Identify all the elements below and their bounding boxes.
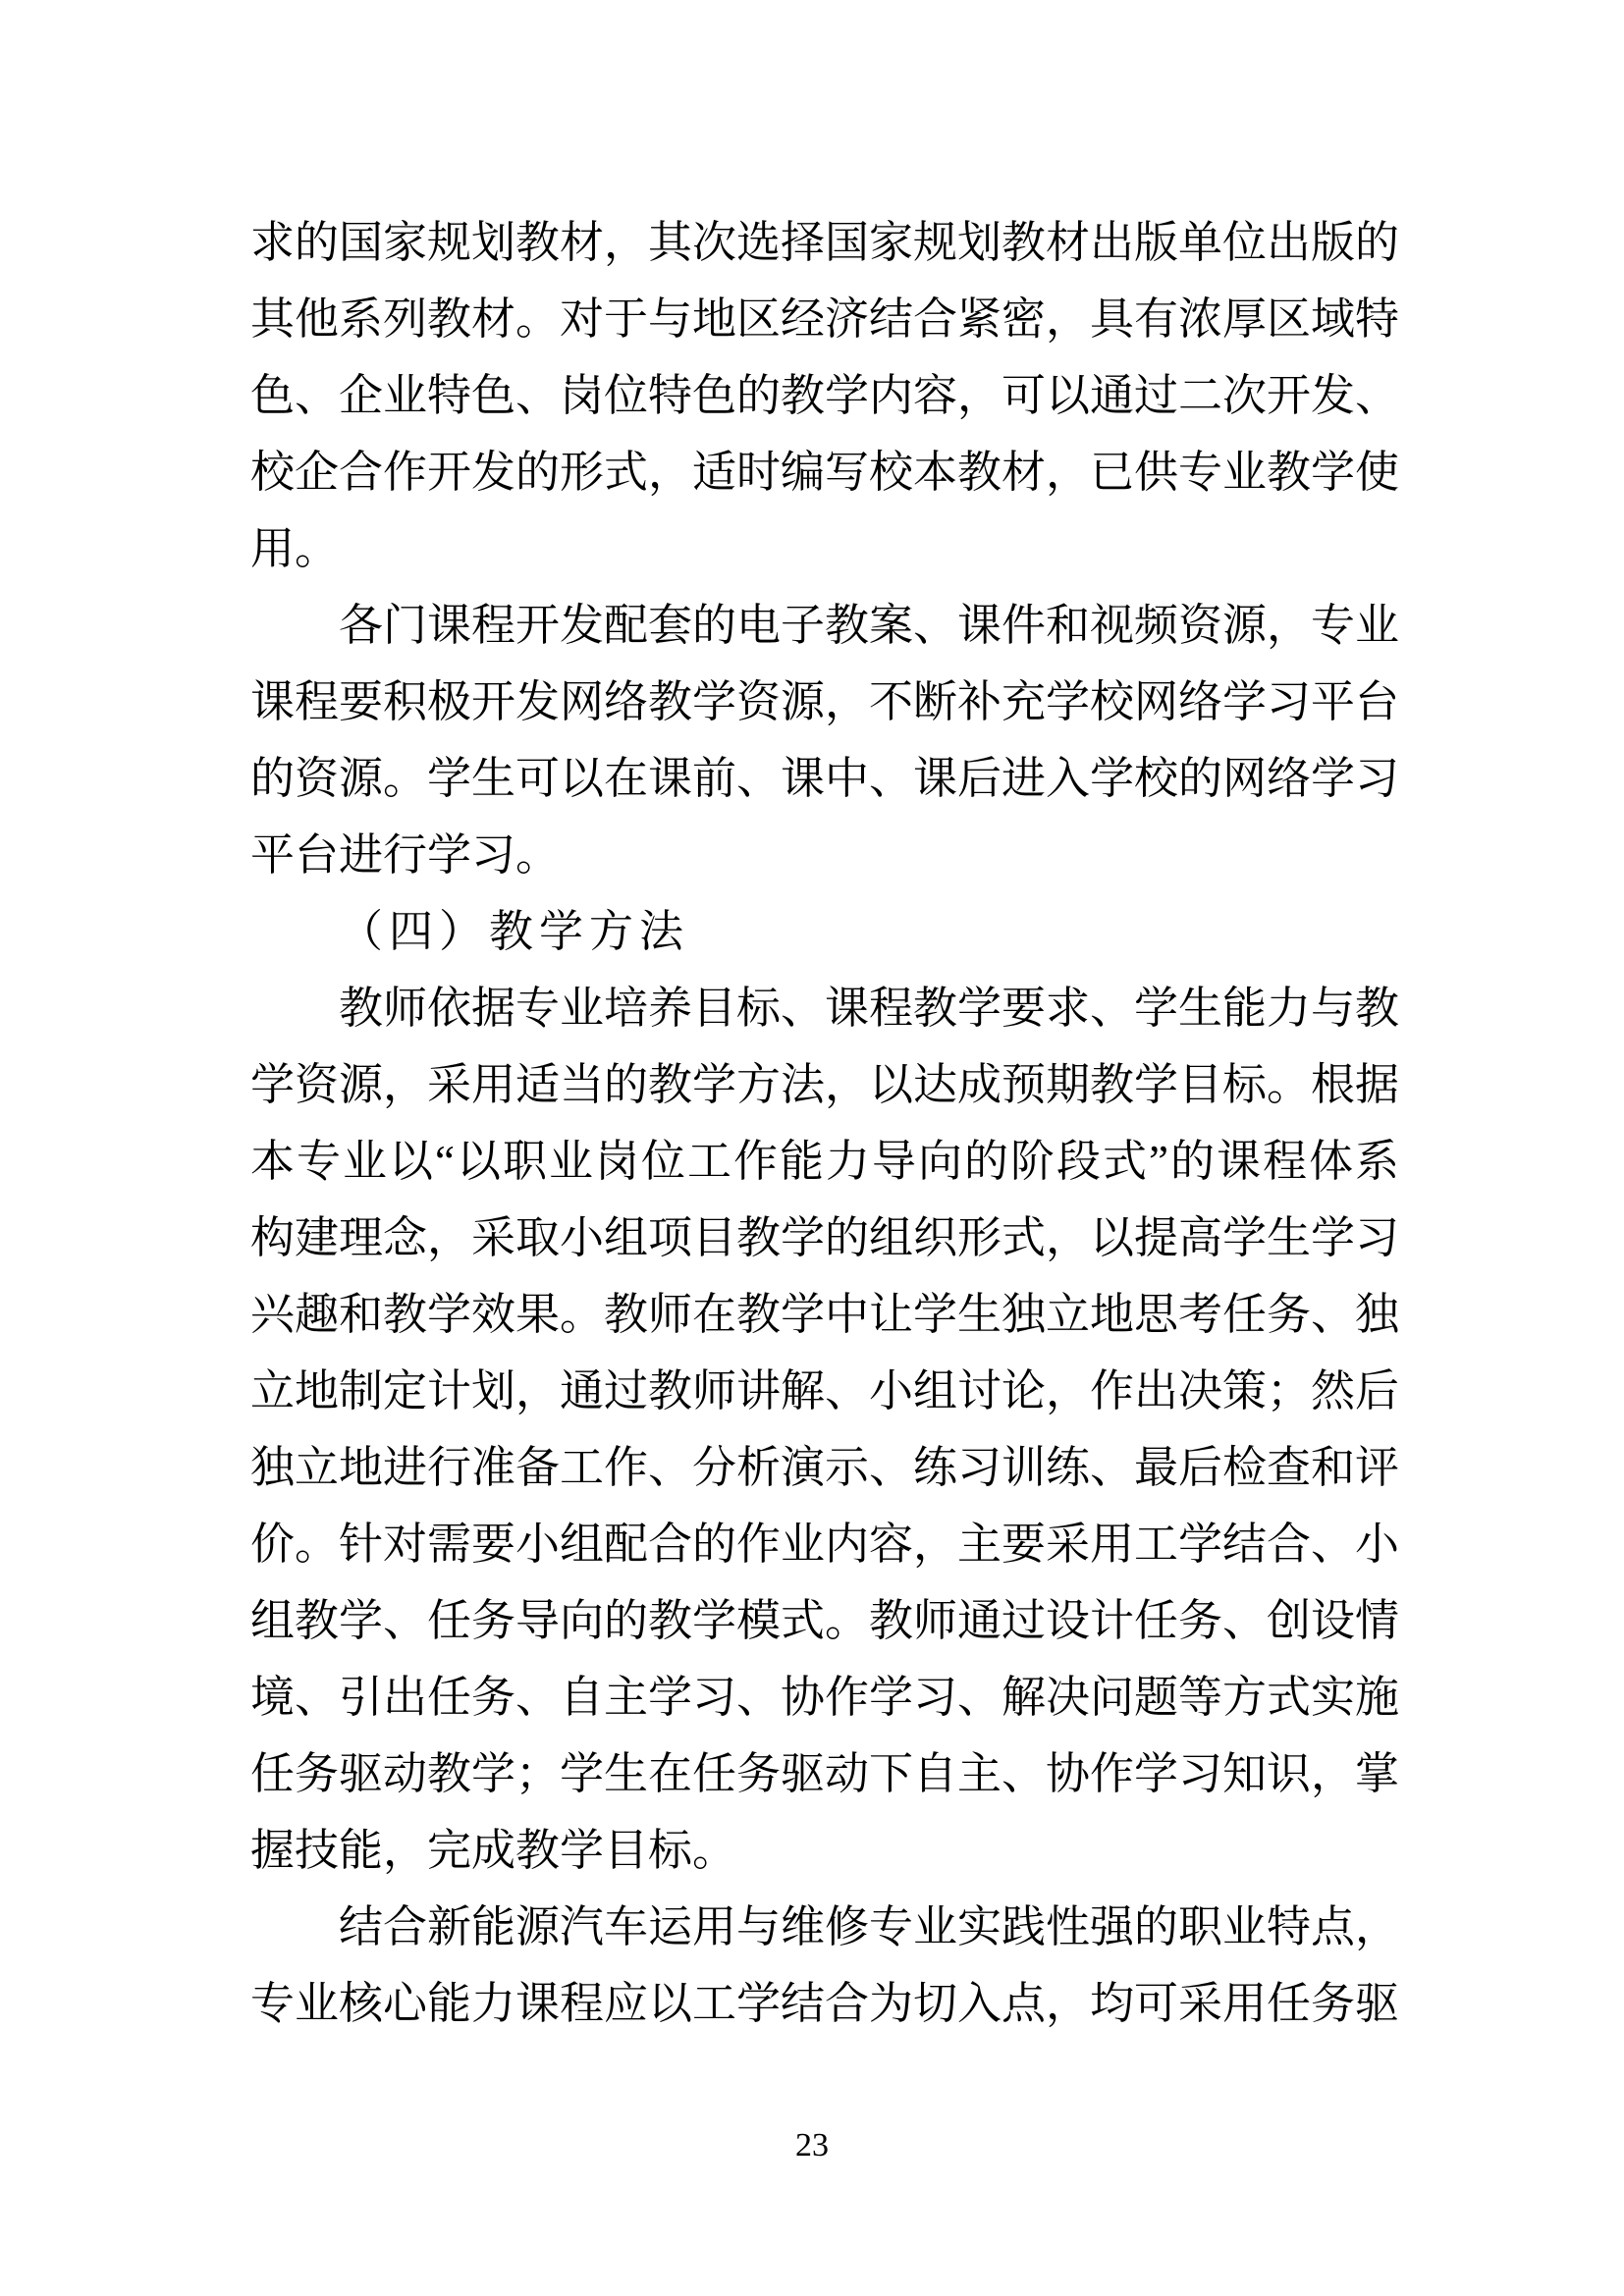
text-line: 学资源，采用适当的教学方法，以达成预期教学目标。根据 (250, 1046, 1399, 1123)
text-line: 课程要积极开发网络教学资源，不断补充学校网络学习平台 (250, 664, 1399, 740)
page-number: 23 (0, 2118, 1624, 2173)
text-line: 兴趣和教学效果。教师在教学中让学生独立地思考任务、独 (250, 1276, 1399, 1353)
text-line: 境、引出任务、自主学习、协作学习、解决问题等方式实施 (250, 1659, 1399, 1735)
text-line: 的资源。学生可以在课前、课中、课后进入学校的网络学习 (250, 740, 1399, 817)
text-line: 构建理念，采取小组项目教学的组织形式，以提高学生学习 (250, 1200, 1399, 1276)
text-line: 教师依据专业培养目标、课程教学要求、学生能力与教 (250, 970, 1399, 1046)
text-line: 任务驱动教学；学生在任务驱动下自主、协作学习知识，掌 (250, 1735, 1399, 1812)
text-line: 立地制定计划，通过教师讲解、小组讨论，作出决策；然后 (250, 1353, 1399, 1429)
text-line: 平台进行学习。 (250, 817, 1399, 893)
text-line: 校企合作开发的形式，适时编写校本教材，已供专业教学使 (250, 434, 1399, 510)
text-line: 组教学、任务导向的教学模式。教师通过设计任务、创设情 (250, 1582, 1399, 1659)
text-line: 价。针对需要小组配合的作业内容，主要采用工学结合、小 (250, 1506, 1399, 1582)
document-page: 求的国家规划教材，其次选择国家规划教材出版单位出版的其他系列教材。对于与地区经济… (0, 0, 1624, 2296)
text-line: 独立地进行准备工作、分析演示、练习训练、最后检查和评 (250, 1429, 1399, 1506)
text-line: 求的国家规划教材，其次选择国家规划教材出版单位出版的 (250, 204, 1399, 281)
text-line: 本专业以“以职业岗位工作能力导向的阶段式”的课程体系 (250, 1123, 1399, 1200)
text-line: 色、企业特色、岗位特色的教学内容，可以通过二次开发、 (250, 357, 1399, 434)
section-heading: （四）教学方法 (250, 893, 1399, 970)
text-line: 用。 (250, 510, 1399, 587)
text-line: 其他系列教材。对于与地区经济结合紧密，具有浓厚区域特 (250, 281, 1399, 357)
text-line: 专业核心能力课程应以工学结合为切入点，均可采用任务驱 (250, 1965, 1399, 2042)
text-line: 各门课程开发配套的电子教案、课件和视频资源，专业 (250, 587, 1399, 664)
text-line: 握技能，完成教学目标。 (250, 1812, 1399, 1889)
text-line: 结合新能源汽车运用与维修专业实践性强的职业特点， (250, 1889, 1399, 1965)
document-body: 求的国家规划教材，其次选择国家规划教材出版单位出版的其他系列教材。对于与地区经济… (250, 204, 1399, 2042)
